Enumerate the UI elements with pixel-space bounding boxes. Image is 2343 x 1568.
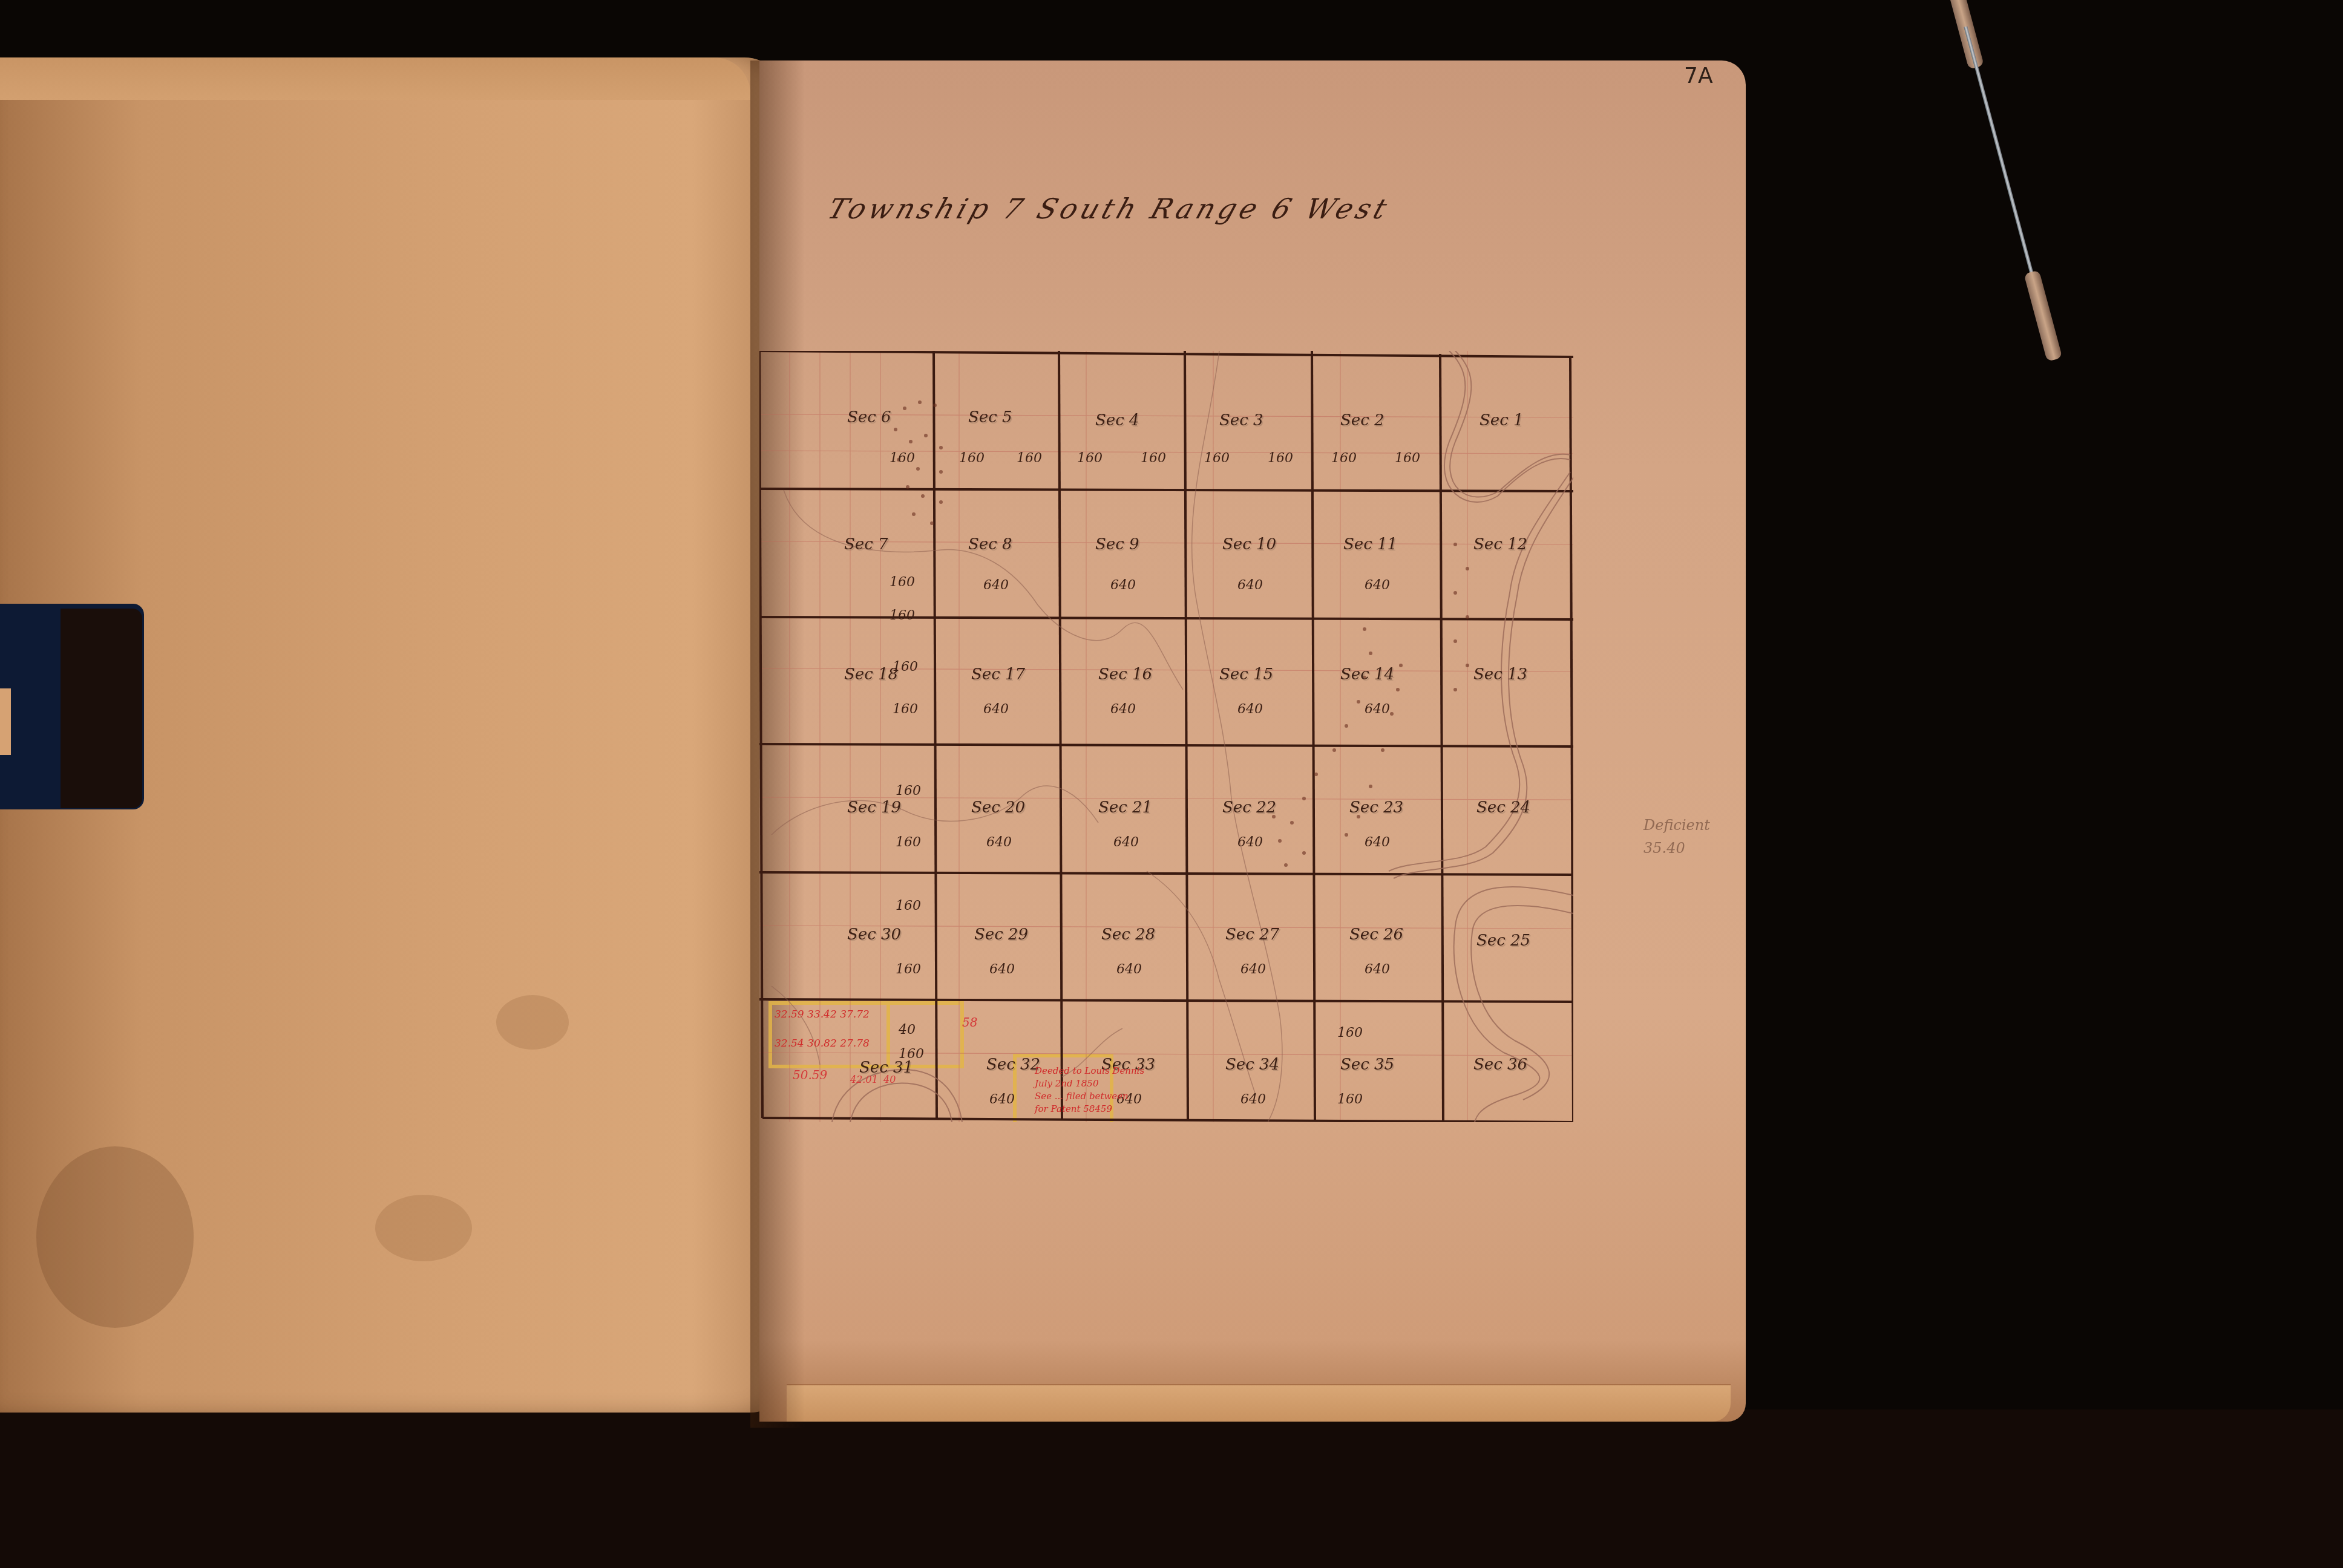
acreage: 640 [1113,835,1139,850]
acreage: 160 [1268,451,1293,466]
section-label: Sec 24 [1476,799,1530,817]
section-label: Sec 14 [1340,665,1394,684]
acreage: 640 [1365,578,1390,593]
acreage: 160 [1395,451,1420,466]
section-label: Sec 12 [1473,535,1527,554]
acreage: 160 [890,608,915,623]
deed-note-line: Deeded to Louis Dennis [1035,1065,1144,1077]
acreage: 160 [896,898,921,913]
weight-slot [0,688,11,755]
section-label: Sec 1 [1480,411,1524,430]
lot-value: 37.72 [840,1008,870,1021]
acreage: 640 [989,962,1015,977]
acreage: 640 [1237,835,1263,850]
acreage: 640 [1240,962,1266,977]
section-label: Sec 4 [1095,411,1139,430]
acreage: 640 [1237,702,1263,717]
sec31-lot-values: 32.59 33.42 37.72 32.54 30.82 27.78 [775,1007,870,1051]
acreage: 160 [896,962,921,977]
spatula-rod [1964,26,2036,284]
section-label: Sec 29 [974,926,1028,944]
section-label: Sec 19 [847,799,901,817]
section-label: Sec 21 [1098,799,1152,817]
lot-value: 27.78 [840,1037,870,1050]
margin-note: Deficient 35.40 [1643,814,1710,860]
spatula[interactable] [1945,0,2070,391]
section-label: Sec 28 [1101,926,1155,944]
section-label: Sec 26 [1349,926,1403,944]
acreage: 640 [983,578,1009,593]
acreage: 640 [989,1092,1015,1107]
section-label: Sec 8 [968,535,1012,554]
acreage: 160 [1331,451,1357,466]
acreage: 640 [1365,962,1390,977]
section-label: Sec 30 [847,926,901,944]
section-label: Sec 22 [1222,799,1276,817]
deed-note-line: for Patent 58459 [1035,1103,1144,1116]
paper-stain [496,995,569,1050]
section-label: Sec 11 [1343,535,1397,554]
sec31-extra: 42.01 [850,1074,878,1085]
lot-value: 32.54 [775,1037,804,1050]
paper-stain [375,1195,472,1261]
township-plat: Sec 6 160 Sec 5 160 160 Sec 4 160 160 Se… [759,351,1573,1122]
acreage: 640 [1110,578,1136,593]
deed-note-line: July 2nd 1850 [1035,1077,1144,1090]
section-label: Sec 35 [1340,1056,1394,1074]
section-label: Sec 27 [1225,926,1279,944]
acreage: 160 [896,783,921,799]
spatula-blade-top [1945,0,1984,70]
section-label: Sec 16 [1098,665,1152,684]
section-label: Sec 36 [1473,1056,1527,1074]
sec31-extra: 40 [883,1074,896,1085]
dark-backdrop [0,1410,2343,1568]
left-page-top-edge [0,57,750,100]
lot-value: 32.59 [775,1008,804,1021]
sec33-deed-note: Deeded to Louis Dennis July 2nd 1850 See… [1035,1065,1144,1116]
section-label: Sec 3 [1219,411,1263,430]
margin-note-line: Deficient [1643,814,1710,837]
plat-grid [759,351,1573,1122]
spatula-blade-bottom [2023,270,2062,362]
acreage: 160 [893,702,918,717]
acreage: 160 [1337,1092,1363,1107]
margin-note-line: 35.40 [1643,837,1710,860]
lot-value: 33.42 [807,1008,837,1021]
page-number: 7A [1684,64,1713,88]
section-label: Sec 6 [847,408,891,426]
section-label: Sec 13 [1473,665,1527,684]
section-label: Sec 20 [971,799,1025,817]
acreage: 160 [890,451,915,466]
acreage: 640 [986,835,1012,850]
section-label: Sec 18 [844,665,898,684]
section-label: Sec 17 [971,665,1025,684]
section-label: Sec 9 [1095,535,1139,554]
acreage: 640 [1110,702,1136,717]
acreage: 640 [1365,835,1390,850]
book-weight[interactable] [0,604,144,809]
acreage: 160 [959,451,985,466]
acreage: 160 [1141,451,1166,466]
acreage: 160 [896,835,921,850]
acreage: 160 [1204,451,1230,466]
section-label: Sec 25 [1476,932,1530,950]
deed-note-line: See ... filed between [1035,1090,1144,1103]
acreage: 160 [1337,1025,1363,1040]
paper-stain [36,1146,194,1328]
section-label: Sec 7 [844,535,888,554]
page-stack-edge [787,1384,1731,1422]
section-label: Sec 15 [1219,665,1273,684]
acreage: 640 [1237,578,1263,593]
acreage: 640 [1116,962,1142,977]
acreage: 160 [1077,451,1103,466]
section-label: Sec 34 [1225,1056,1279,1074]
section-label: Sec 23 [1349,799,1403,817]
section-label: Sec 2 [1340,411,1384,430]
lot-value: 30.82 [807,1037,837,1050]
acreage: 40 [899,1022,916,1037]
acreage: 640 [983,702,1009,717]
section-label: Sec 10 [1222,535,1276,554]
sec31-total: 50.59 [793,1068,827,1082]
acreage: 640 [1240,1092,1266,1107]
section-label: Sec 5 [968,408,1012,426]
acreage: 160 [1017,451,1042,466]
plat-title: Township 7 South Range 6 West [824,192,1395,225]
acreage: 160 [890,575,915,590]
acreage: 640 [1365,702,1390,717]
weight-face [61,609,142,808]
section-label: Sec 32 [986,1056,1040,1074]
sec32-mark: 58 [962,1015,977,1030]
